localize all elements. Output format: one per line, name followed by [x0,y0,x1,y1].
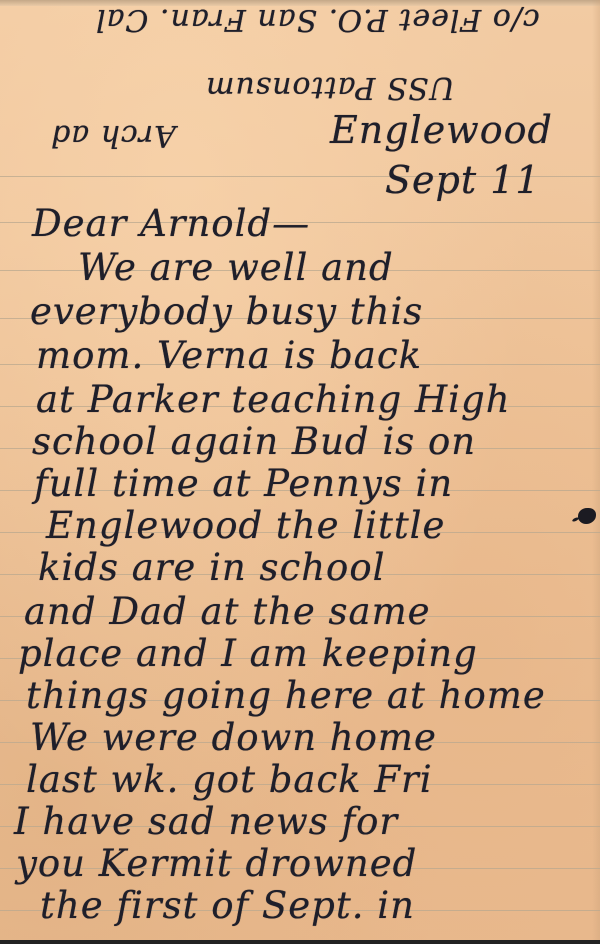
body-line: things going here at home [26,674,546,717]
body-line: place and I am keeping [18,632,478,675]
body-line: the first of Sept. in [40,884,415,927]
letter-page: c/o Fleet P.O. San Fran. Cal USS Pattons… [0,0,600,940]
body-line: everybody busy this [30,290,423,333]
letter-place: Englewood [330,108,553,152]
body-line: and Dad at the same [24,590,431,633]
scan-bottom-border [0,940,600,944]
body-line: I have sad news for [14,800,398,843]
body-line: full time at Pennys in [34,462,453,505]
body-line: at Parker teaching High [36,378,511,421]
body-line: kids are in school [38,546,385,589]
body-line: We are well and [78,246,394,289]
body-line: you Kermit drowned [16,842,417,885]
paper-right-edge [592,0,600,940]
upside-down-address-line-3: Arch ad [50,118,176,153]
body-line: last wk. got back Fri [26,758,433,801]
letter-date: Sept 11 [385,158,541,202]
body-line: We were down home [30,716,437,759]
body-line: mom. Verna is back [36,334,422,377]
upside-down-address-line-1: c/o Fleet P.O. San Fran. Cal [95,2,540,37]
upside-down-address-line-2: USS Pattonsum [205,70,455,105]
body-line: Englewood the little [46,504,445,547]
letter-salutation: Dear Arnold— [32,202,310,245]
body-line: school again Bud is on [32,420,476,463]
